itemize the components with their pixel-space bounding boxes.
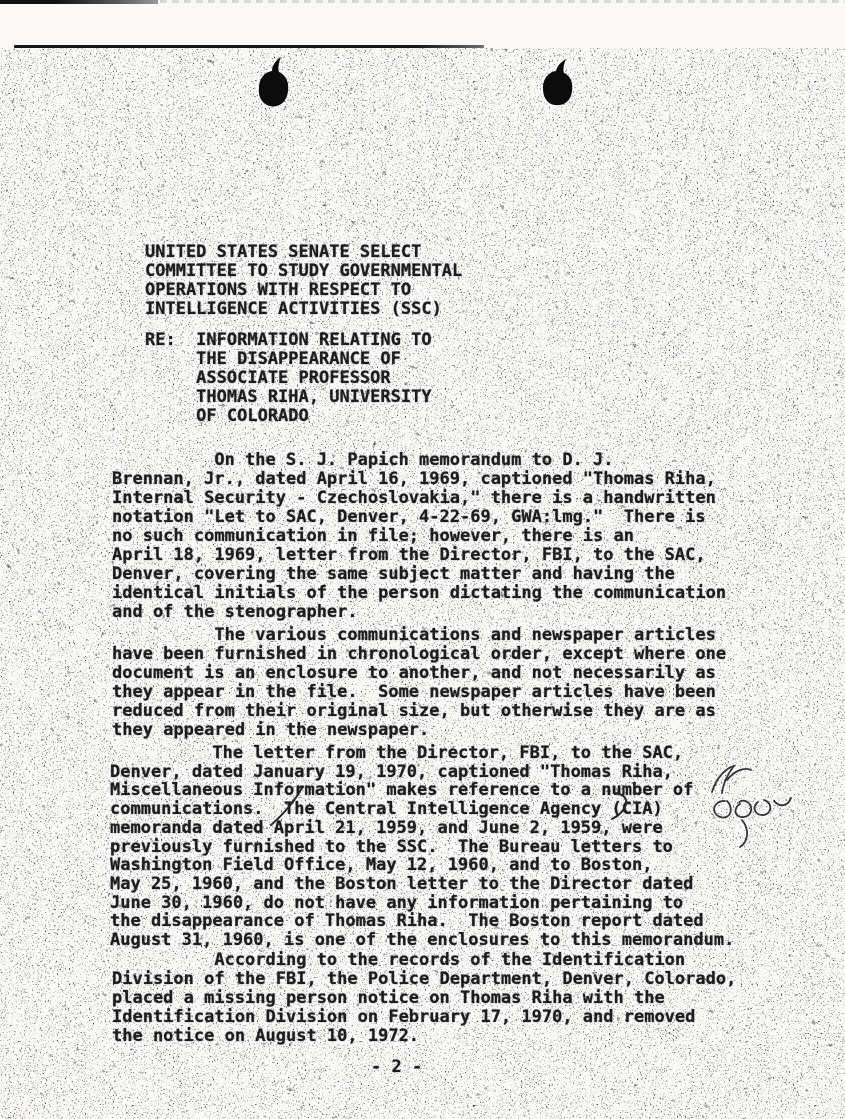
paragraph-director-letter: The letter from the Director, FBI, to th… bbox=[110, 744, 734, 950]
paragraph-chronological-order: The various communications and newspaper… bbox=[112, 626, 726, 740]
paragraph-identification-division: According to the records of the Identifi… bbox=[112, 951, 736, 1046]
paragraph-papich-memorandum: On the S. J. Papich memorandum to D. J. … bbox=[112, 451, 726, 622]
ink-blot-left-icon bbox=[259, 57, 288, 106]
committee-header: UNITED STATES SENATE SELECT COMMITTEE TO… bbox=[145, 243, 462, 319]
subject-re-block: RE: INFORMATION RELATING TO THE DISAPPEA… bbox=[145, 331, 432, 426]
page-number: - 2 - bbox=[371, 1058, 422, 1077]
top-horizontal-rule bbox=[14, 45, 484, 48]
scan-edge-dotted-line bbox=[160, 0, 845, 3]
scan-edge-bar bbox=[0, 0, 158, 4]
scanned-memo-page: UNITED STATES SENATE SELECT COMMITTEE TO… bbox=[0, 0, 845, 1119]
ink-blot-right-icon bbox=[543, 59, 572, 105]
